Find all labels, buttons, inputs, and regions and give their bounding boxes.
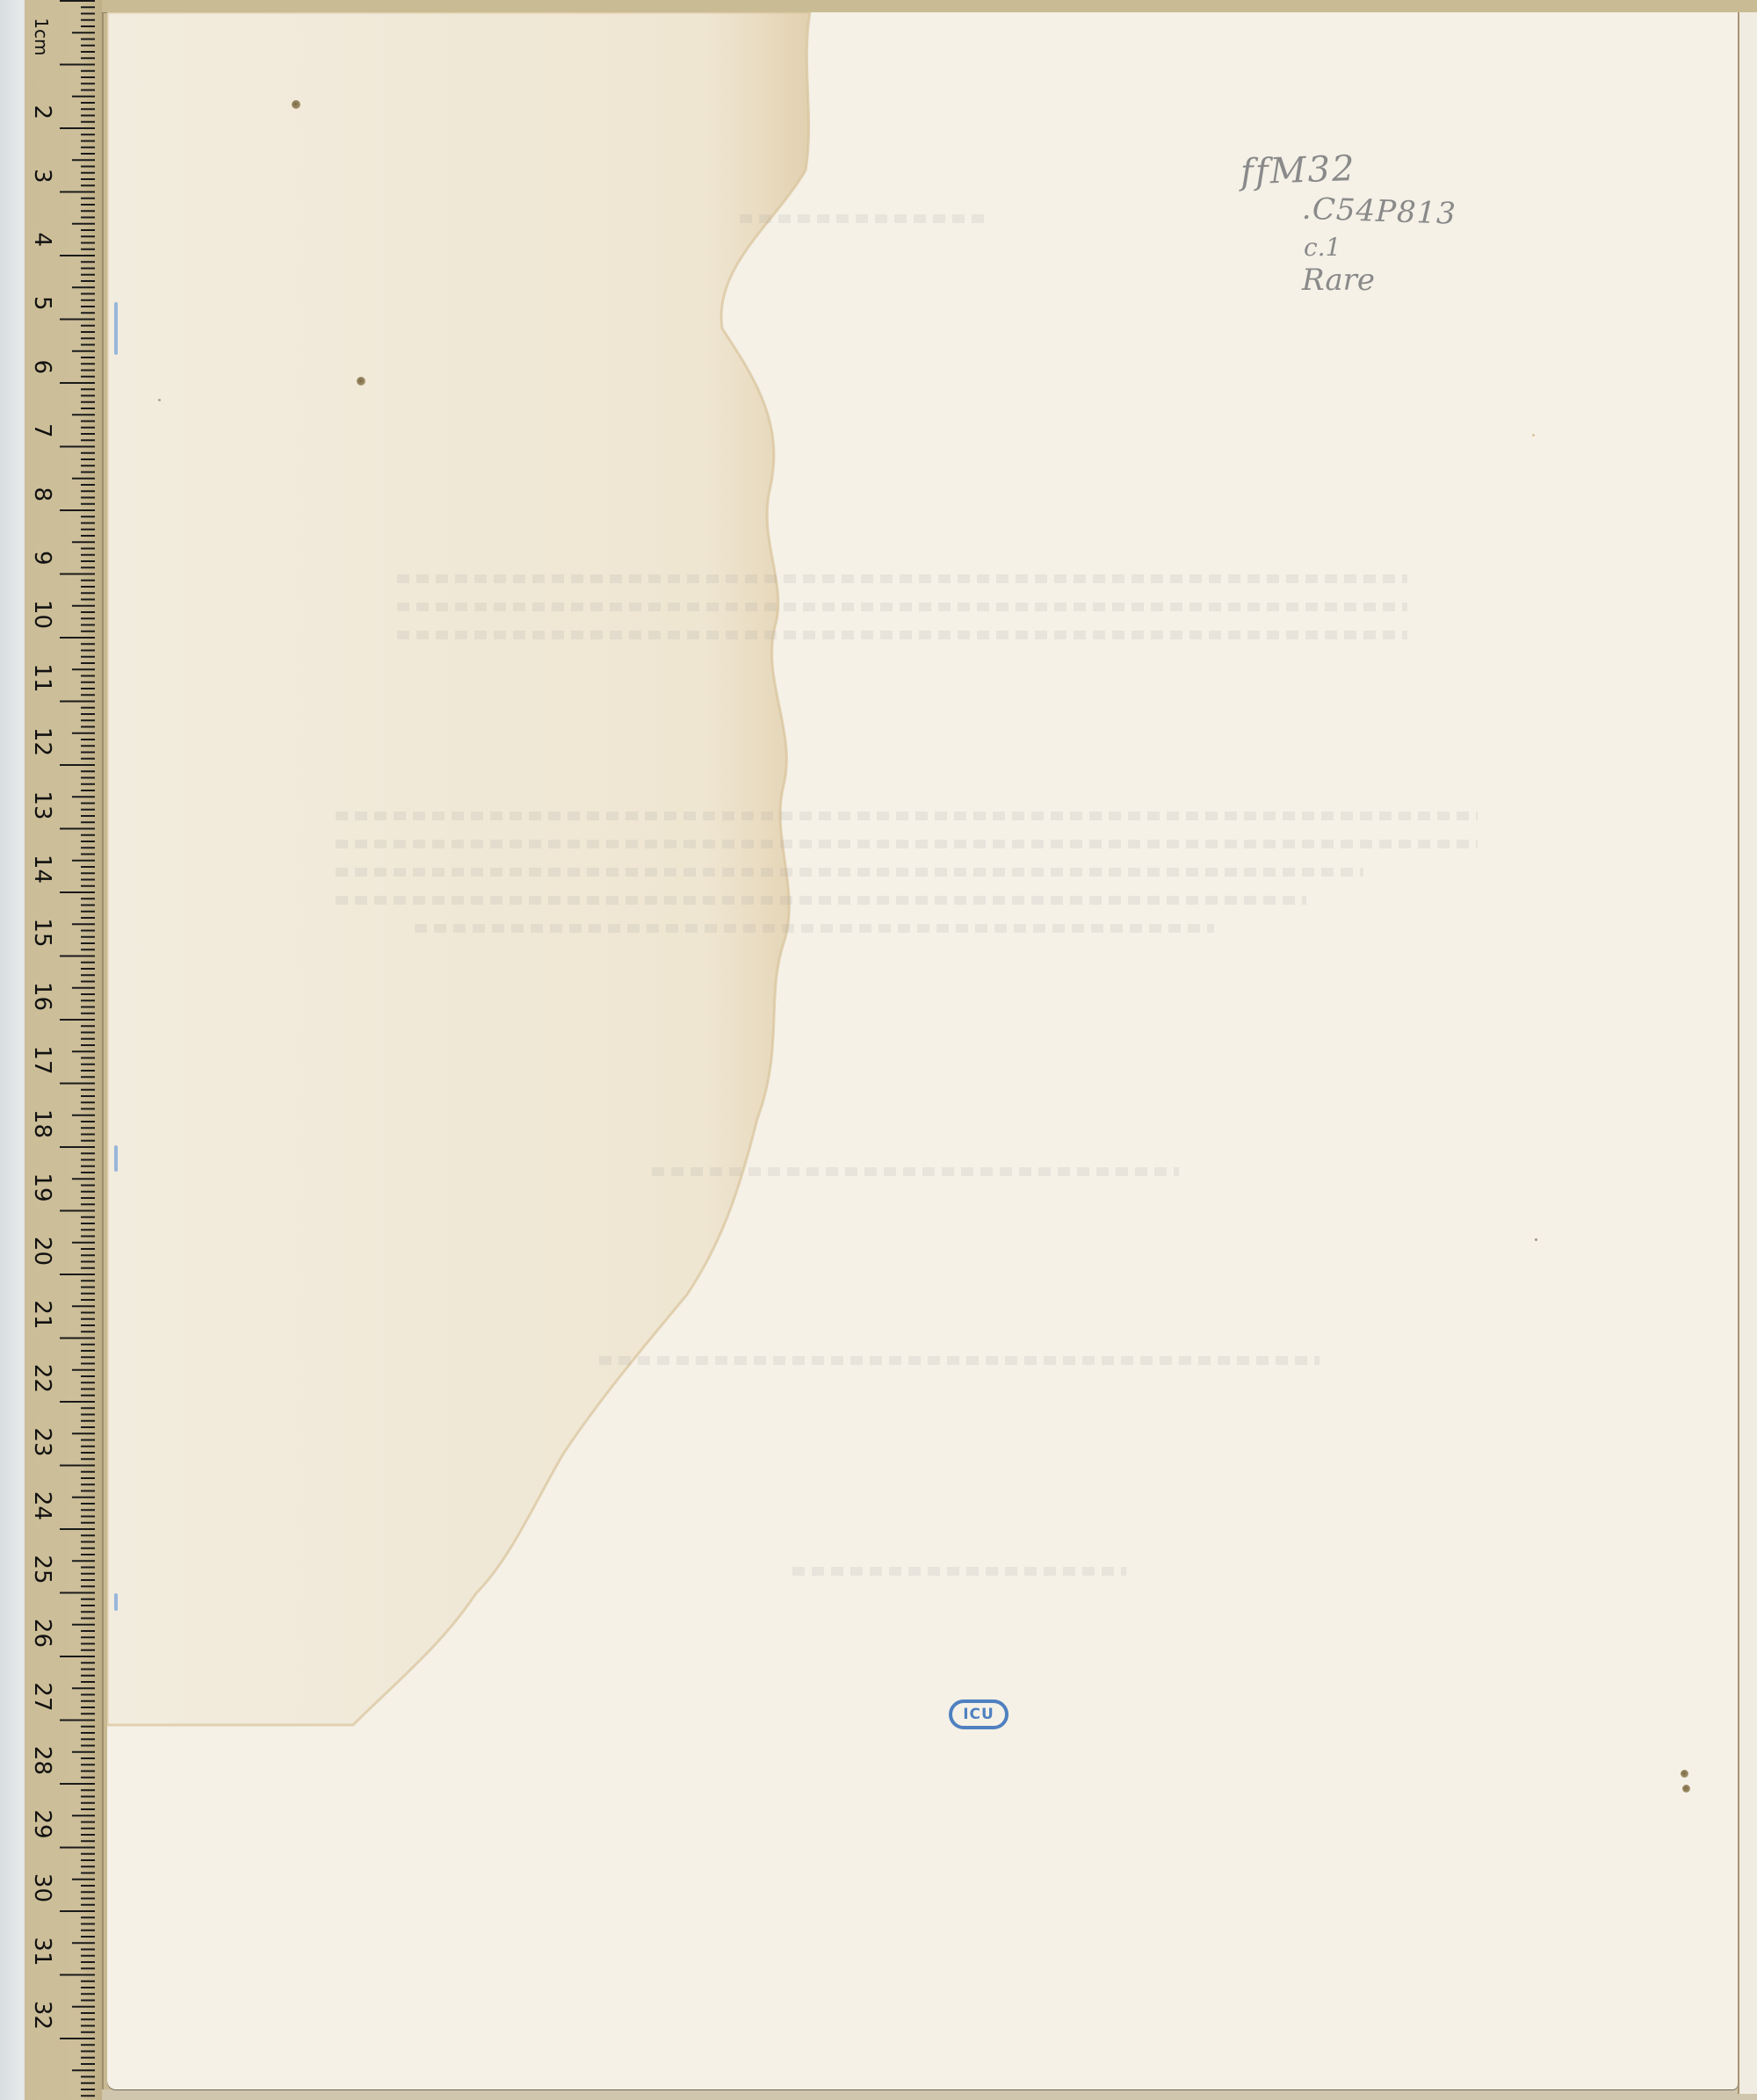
svg-text:28: 28	[29, 1746, 55, 1775]
paper-speck	[158, 399, 161, 401]
svg-text:7: 7	[29, 423, 55, 438]
call-number-line-1: ffM32	[1240, 147, 1469, 190]
svg-text:3: 3	[29, 169, 55, 184]
scan-bottom-border	[102, 2089, 1757, 2100]
ink-mark	[114, 1145, 118, 1172]
svg-text:14: 14	[29, 855, 55, 884]
svg-text:23: 23	[29, 1427, 55, 1456]
ink-mark	[114, 302, 118, 355]
paper-speck	[1532, 434, 1535, 437]
svg-text:5: 5	[29, 296, 55, 311]
measurement-ruler: 01cm234567891011121314151617181920212223…	[25, 0, 104, 2100]
scan-top-border	[102, 0, 1757, 13]
showthrough-text	[652, 1167, 1179, 1195]
collection-label: Rare	[1302, 265, 1469, 295]
svg-text:8: 8	[29, 487, 55, 502]
water-stain	[107, 12, 1738, 2089]
paper-speck	[1535, 1238, 1537, 1241]
showthrough-text	[397, 574, 1407, 659]
svg-text:10: 10	[29, 600, 55, 629]
call-number-annotation: ffM32 .C54P813 c.1 Rare	[1240, 151, 1469, 295]
library-stamp: ICU	[949, 1699, 1009, 1729]
showthrough-text	[792, 1567, 1126, 1595]
ruler-ticks: 01cm234567891011121314151617181920212223…	[25, 0, 102, 2100]
svg-text:4: 4	[29, 232, 55, 247]
svg-text:22: 22	[29, 1364, 55, 1393]
showthrough-text	[599, 1356, 1320, 1384]
svg-text:24: 24	[29, 1491, 55, 1520]
svg-text:9: 9	[29, 551, 55, 566]
ink-mark	[114, 1593, 118, 1611]
svg-text:25: 25	[29, 1555, 55, 1584]
svg-text:20: 20	[29, 1237, 55, 1266]
svg-text:17: 17	[29, 1045, 55, 1074]
svg-text:12: 12	[29, 727, 55, 756]
showthrough-text	[336, 812, 1478, 952]
svg-text:1cm: 1cm	[31, 18, 52, 55]
svg-text:6: 6	[29, 359, 55, 374]
svg-text:27: 27	[29, 1682, 55, 1711]
document-page	[107, 12, 1738, 2089]
binding-fold	[1738, 12, 1757, 2094]
svg-text:21: 21	[29, 1300, 55, 1329]
svg-text:15: 15	[29, 918, 55, 947]
svg-text:31: 31	[29, 1937, 55, 1966]
call-number-line-2: .C54P813	[1301, 194, 1469, 230]
svg-text:30: 30	[29, 1873, 55, 1902]
svg-text:16: 16	[29, 982, 55, 1011]
svg-text:13: 13	[29, 790, 55, 819]
svg-text:2: 2	[29, 105, 55, 119]
svg-text:29: 29	[29, 1809, 55, 1838]
copy-number: c.1	[1304, 235, 1469, 260]
pin-hole	[1681, 1770, 1688, 1778]
pin-hole	[1682, 1785, 1690, 1793]
svg-text:11: 11	[29, 663, 55, 692]
showthrough-text	[740, 214, 986, 242]
svg-text:26: 26	[29, 1619, 55, 1648]
svg-text:32: 32	[29, 2001, 55, 2030]
pin-hole	[292, 100, 300, 109]
svg-text:19: 19	[29, 1173, 55, 1202]
pin-hole	[357, 377, 365, 386]
stamp-text: ICU	[963, 1706, 994, 1723]
svg-text:18: 18	[29, 1109, 55, 1138]
